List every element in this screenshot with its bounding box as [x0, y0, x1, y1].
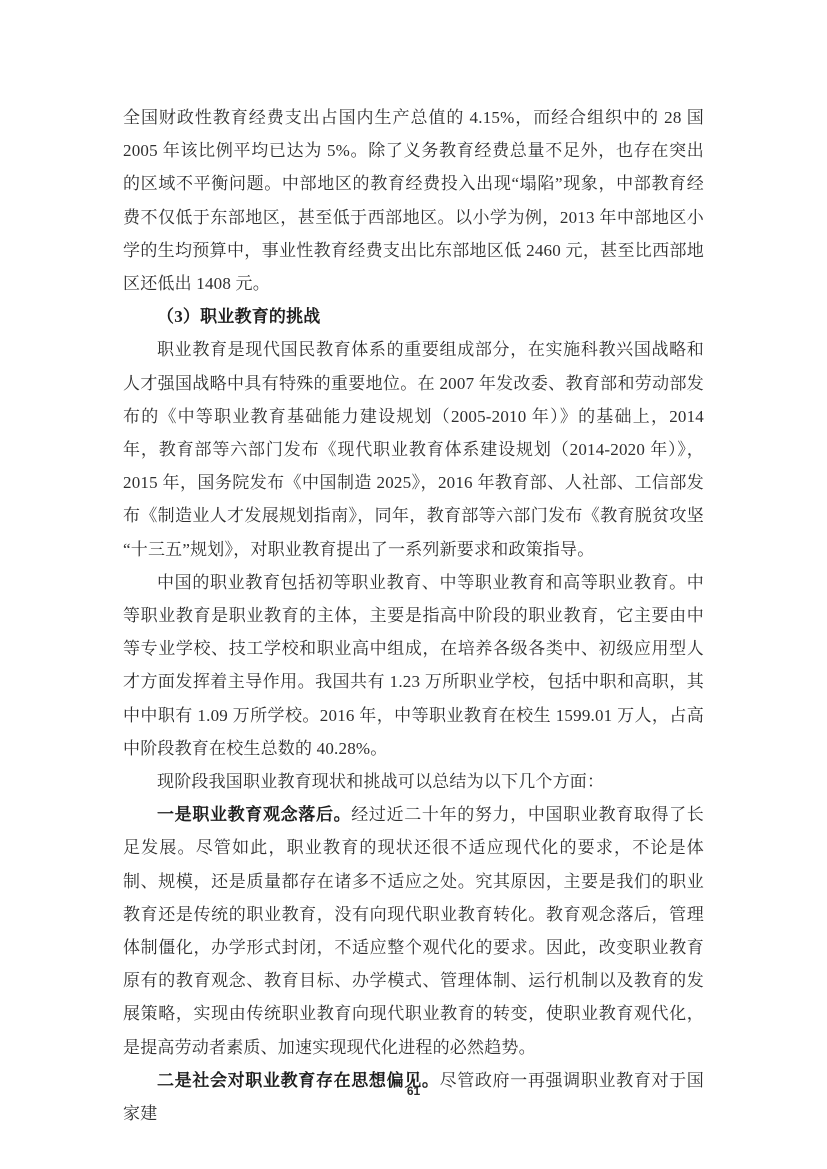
document-page: 全国财政性教育经费支出占国内生产总值的 4.15%，而经合组织中的 28 国 2…: [0, 0, 827, 1169]
paragraph: 中国的职业教育包括初等职业教育、中等职业教育和高等职业教育。中等职业教育是职业教…: [123, 566, 704, 765]
paragraph: 全国财政性教育经费支出占国内生产总值的 4.15%，而经合组织中的 28 国 2…: [123, 101, 704, 300]
document-viewport: { "page": { "number": "61", "background_…: [0, 0, 827, 1169]
paragraph: 一是职业教育观念落后。经过近二十年的努力，中国职业教育取得了长足发展。尽管如此，…: [123, 798, 704, 1064]
paragraph: 职业教育是现代国民教育体系的重要组成部分，在实施科教兴国战略和人才强国战略中具有…: [123, 333, 704, 565]
paragraph: 现阶段我国职业教育现状和挑战可以总结为以下几个方面：: [123, 765, 704, 798]
page-number: 61: [0, 1084, 827, 1098]
section-heading: （3）职业教育的挑战: [123, 300, 704, 333]
paragraph-text: 经过近二十年的努力，中国职业教育取得了长足发展。尽管如此，职业教育的现状还很不适…: [123, 805, 704, 1056]
paragraph-lead: 一是职业教育观念落后。: [157, 805, 351, 824]
document-body: 全国财政性教育经费支出占国内生产总值的 4.15%，而经合组织中的 28 国 2…: [123, 101, 704, 1130]
